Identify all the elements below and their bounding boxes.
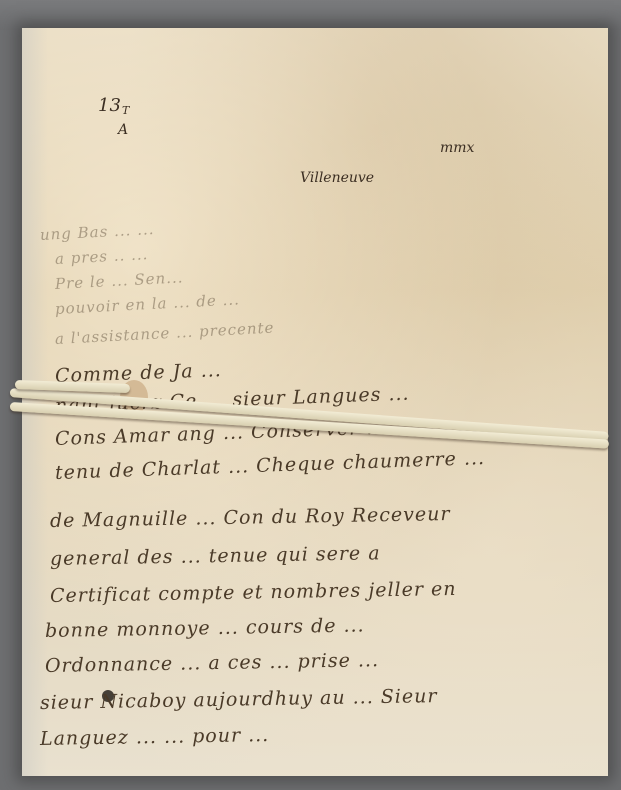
margin-note: 13 (98, 95, 121, 116)
margin-note: mmx (440, 140, 474, 156)
manuscript-line: Languez ... ... pour ... (40, 724, 270, 750)
margin-note: Villeneuve (300, 170, 374, 186)
background (0, 0, 621, 30)
margin-note: A (118, 122, 128, 138)
margin-note: T (122, 104, 129, 117)
